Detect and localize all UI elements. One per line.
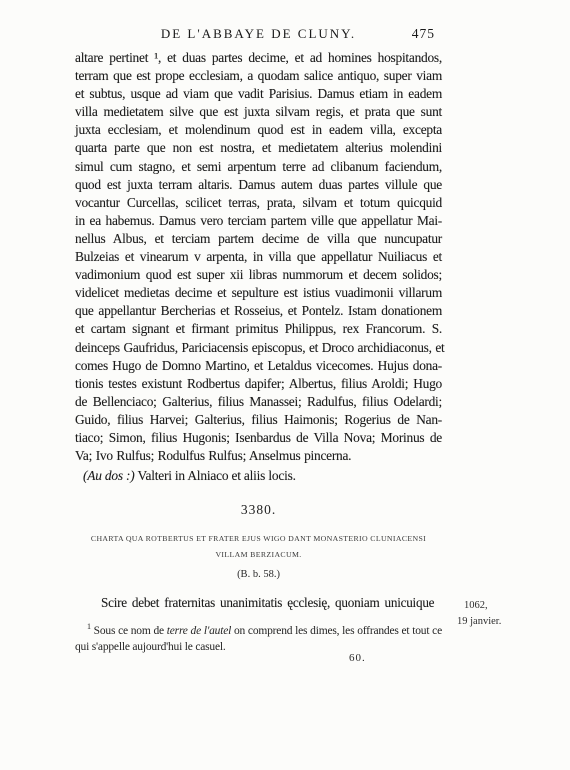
charter-text-line: juxta ecclesiam, et molendinum quod est … bbox=[75, 121, 442, 139]
charter-text-line: Bulzeias et vinearum v arpenta, in villa… bbox=[75, 248, 442, 266]
charter-text-line: que appellantur Bercherias et Rosseius, … bbox=[75, 302, 442, 320]
au-dos-label: (Au dos :) bbox=[83, 468, 135, 483]
charter-text-line: tiaco; Simon, filius Hugonis; Isenbardus… bbox=[75, 429, 442, 447]
footnote-line2: qui s'appelle aujourd'hui le casuel. bbox=[75, 639, 442, 656]
charter-text-line: villa medietatem silve que est juxta sil… bbox=[75, 103, 442, 121]
charter-text-block: altare pertinet ¹, et duas partes decime… bbox=[75, 49, 442, 465]
footnote: 1 Sous ce nom de terre de l'autel on com… bbox=[75, 619, 442, 656]
footnote-line1-post: on comprend les dimes, les offrandes et … bbox=[231, 625, 442, 637]
charter-text-line: vocantur Curcellas, scilicet terras, pra… bbox=[75, 194, 442, 212]
charter-heading-line1: CHARTA QUA ROTBERTUS ET FRATER EJUS WIGO… bbox=[75, 534, 442, 543]
signature-mark: 60. bbox=[349, 652, 366, 664]
au-dos-text: Valteri in Alniaco et aliis locis. bbox=[135, 468, 296, 483]
page-number: 475 bbox=[75, 26, 435, 42]
charter-text-line: et subtus, usque ad viam que vadit Paris… bbox=[75, 85, 442, 103]
charter-text-line: vadimonium quod est super xii libras num… bbox=[75, 266, 442, 284]
charter-text-line: tionis testes existunt Rodbertus dapifer… bbox=[75, 375, 442, 393]
charter-text-line: simul cum stagno, et semi arpentum terre… bbox=[75, 158, 442, 176]
charter-text-line: terram que est prope ecclesiam, a quodam… bbox=[75, 67, 442, 85]
charter-text-line: et cartam signant et firmant primitus Ph… bbox=[75, 320, 442, 338]
au-dos-note: (Au dos :) Valteri in Alniaco et aliis l… bbox=[75, 468, 442, 484]
margin-date-day: 19 janvier. bbox=[457, 614, 537, 630]
charter-text-line: comes Hugo de Domno Martino, et Letaldus… bbox=[75, 357, 442, 375]
charter-text-line: Va; Ivo Rulfus; Rodulfus Rulfus; Anselmu… bbox=[75, 447, 442, 465]
footnote-line1-italic: terre de l'autel bbox=[167, 625, 231, 637]
scanned-book-page: DE L'ABBAYE DE CLUNY. 475 altare pertine… bbox=[0, 0, 570, 770]
margin-date-note: 1062, 19 janvier. bbox=[457, 598, 537, 629]
charter-shelfmark: (B. b. 58.) bbox=[75, 569, 442, 580]
charter-text-line: Guido, filius Harvei; Galterius, filius … bbox=[75, 411, 442, 429]
charter-text-line: videlicet medietas decime et sepulture e… bbox=[75, 284, 442, 302]
margin-date-year: 1062, bbox=[457, 598, 537, 614]
footnote-line1: 1 Sous ce nom de terre de l'autel on com… bbox=[75, 619, 442, 639]
charter-text-line: quod est juxta terram altaris. Damus aut… bbox=[75, 176, 442, 194]
charter-text-line: in ea habemus. Damus vero terciam partem… bbox=[75, 212, 442, 230]
charter-number: 3380. bbox=[75, 502, 442, 518]
charter-text-line: altare pertinet ¹, et duas partes decime… bbox=[75, 49, 442, 67]
charter-text-line: de Bellenciaco; Galterius, filius Manass… bbox=[75, 393, 442, 411]
charter-incipit: Scire debet fraternitas unanimitatis ęcc… bbox=[75, 595, 475, 611]
charter-text-line: nellus Albus, et terciam partem decime d… bbox=[75, 230, 442, 248]
footnote-line1-pre: Sous ce nom de bbox=[91, 625, 167, 637]
charter-heading-line2: VILLAM BERZIACUM. bbox=[75, 550, 442, 559]
charter-text-line: deinceps Gaufridus, Pariciacensis episco… bbox=[75, 339, 442, 357]
charter-text-line: quarta parte que non est nostra, et medi… bbox=[75, 139, 442, 157]
